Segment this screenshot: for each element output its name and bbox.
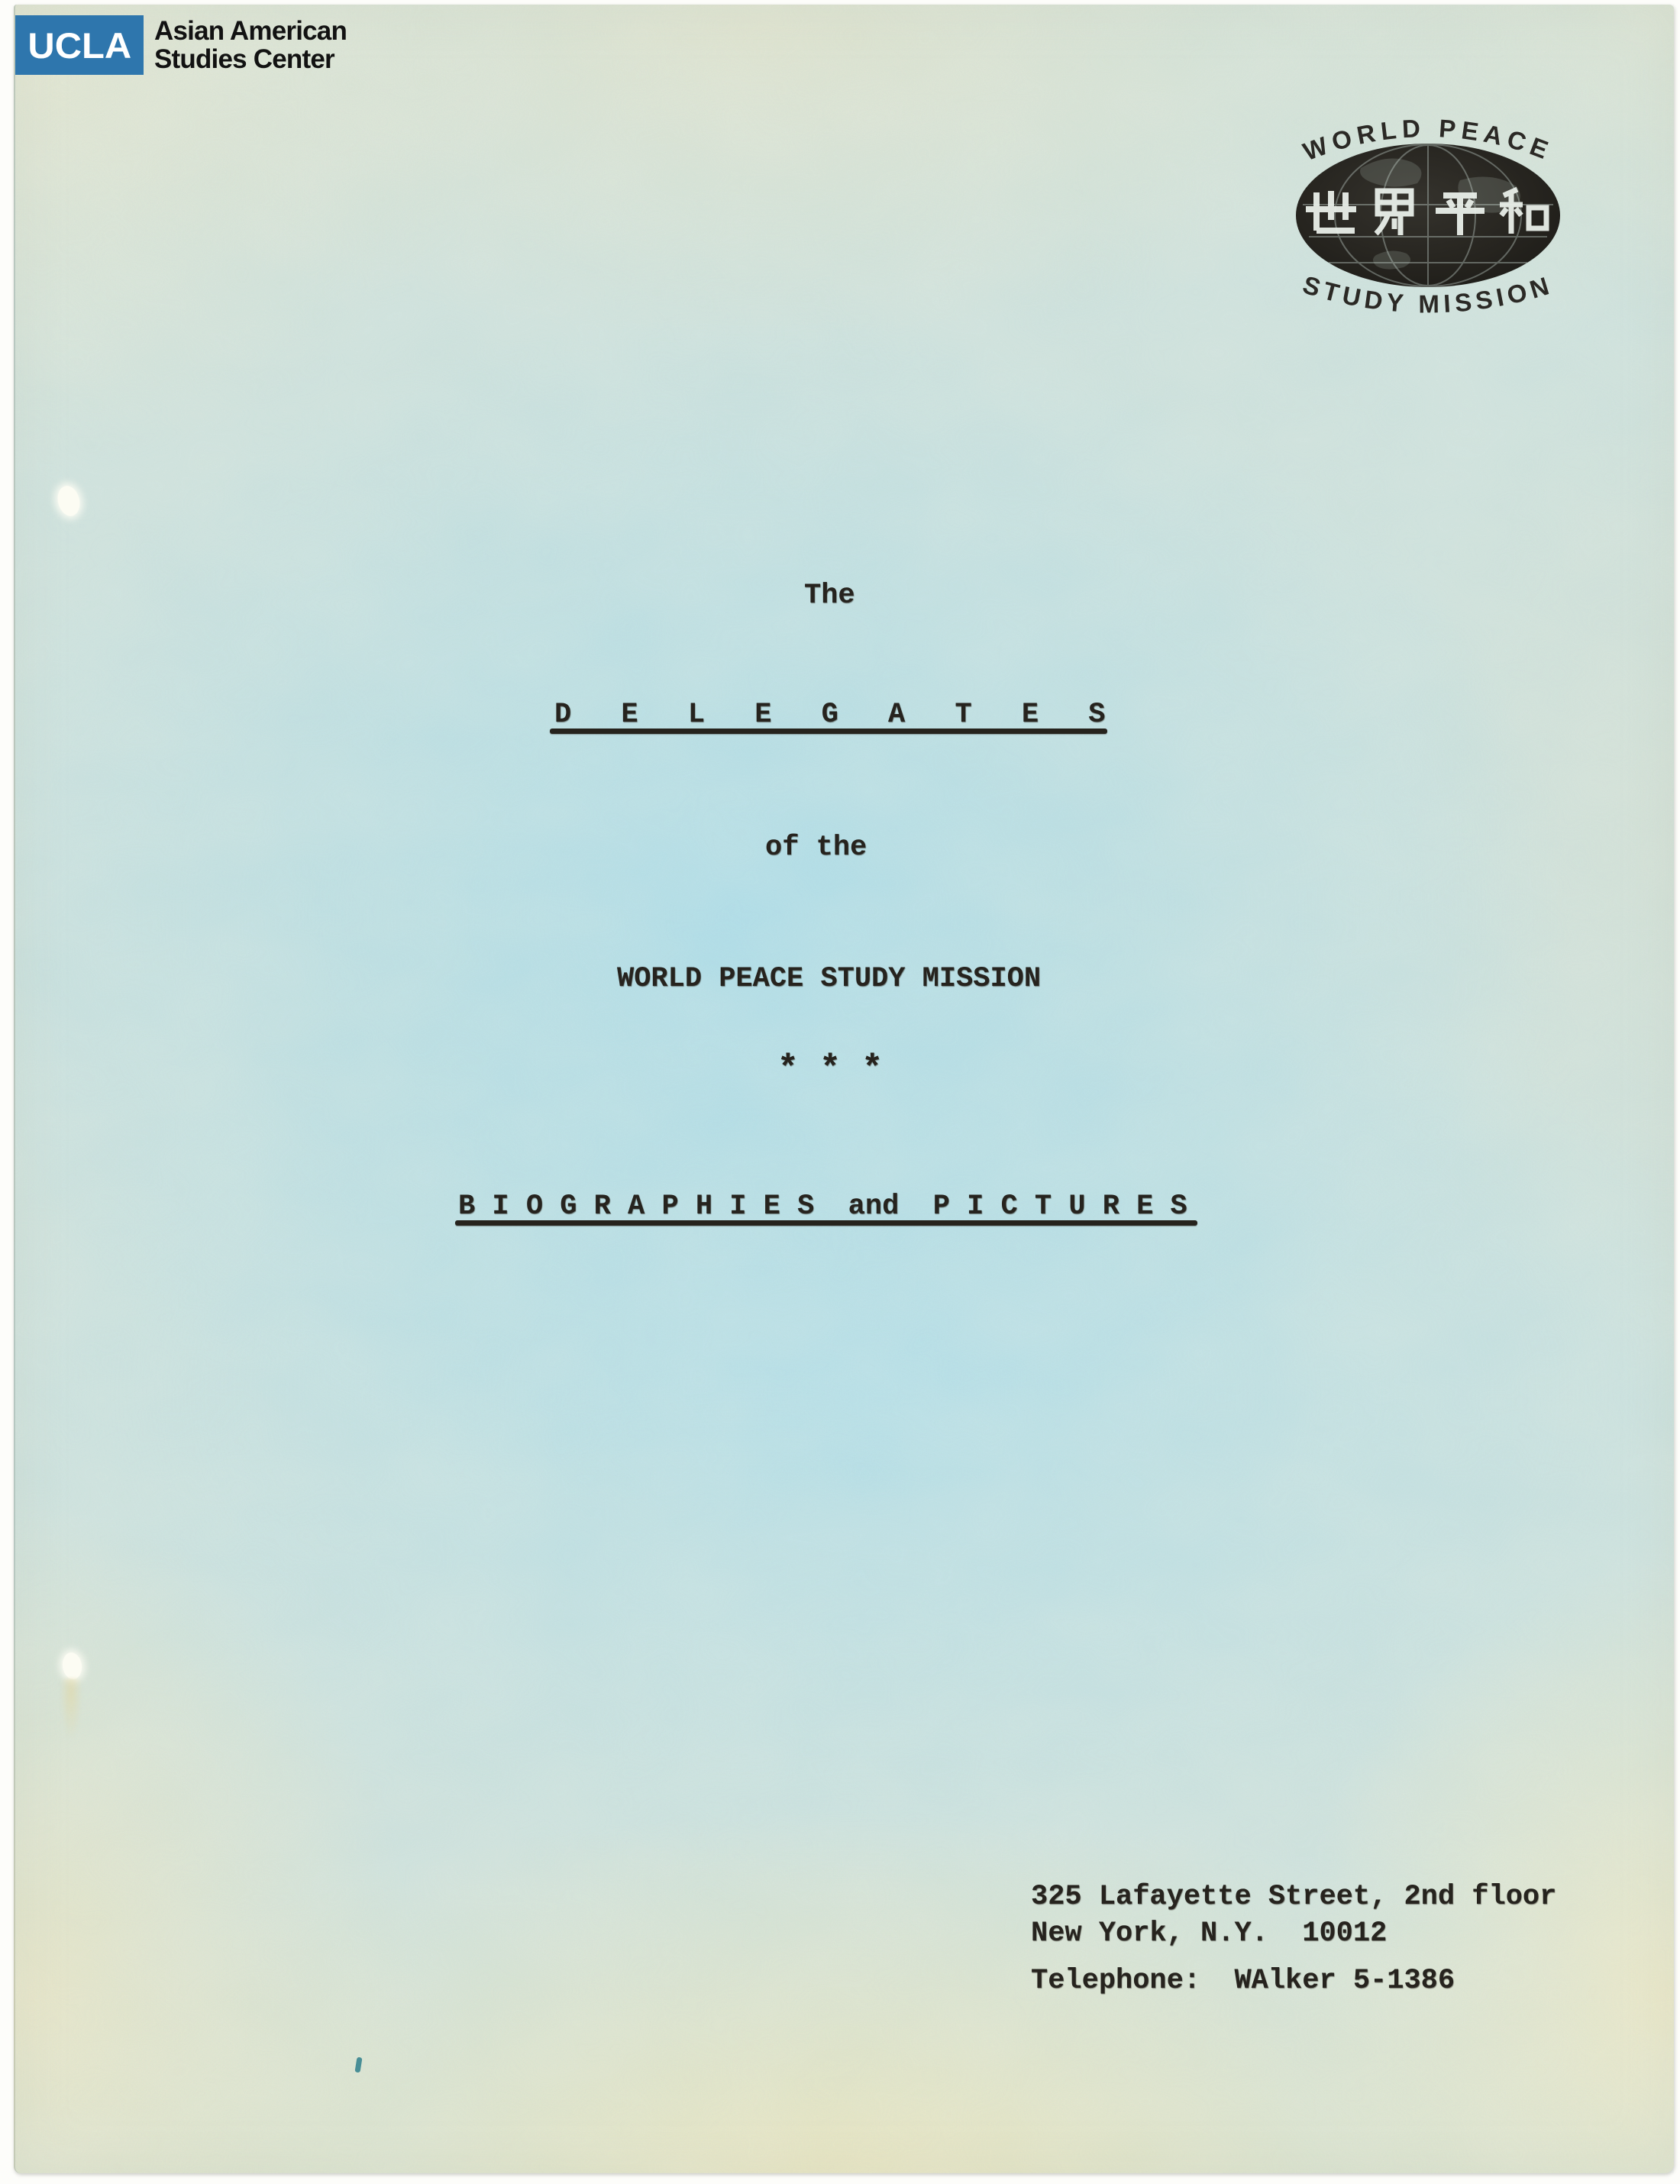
paper-fiber-texture: [15, 5, 1674, 2173]
title-biographies: B I O G R A P H I E S and P I C T U R E …: [458, 1190, 1187, 1223]
ucla-logo: UCLA: [15, 15, 144, 75]
address-line-2: New York, N.Y. 10012: [1031, 1917, 1387, 1950]
title-delegates: D E L E G A T E S: [554, 698, 1122, 732]
org-name-line1: Asian American: [154, 17, 347, 45]
ink-mark: [354, 2057, 362, 2073]
punch-hole-top: [55, 483, 83, 519]
punch-hole-smear: [60, 1678, 82, 1740]
punch-hole-bottom: [61, 1651, 84, 1680]
title-separator-stars: * * *: [777, 1052, 883, 1086]
ucla-logo-text: UCLA: [27, 24, 131, 66]
paper: UCLA Asian American Studies Center: [14, 5, 1674, 2173]
title-the: The: [804, 579, 855, 612]
fiber-layer: [15, 5, 1674, 2173]
biographies-underline: [455, 1220, 1197, 1226]
org-name-line2: Studies Center: [154, 45, 347, 73]
world-peace-stamp: WORLD PEACE STUDY MISSION: [1269, 90, 1590, 319]
mottle-layer: [15, 5, 1674, 2173]
scan-background: UCLA Asian American Studies Center: [0, 0, 1680, 2184]
address-line-1: 325 Lafayette Street, 2nd floor: [1031, 1880, 1556, 1914]
telephone-line: Telephone: WAlker 5-1386: [1031, 1964, 1455, 1998]
title-mission: WORLD PEACE STUDY MISSION: [617, 962, 1041, 996]
title-of-the: of the: [765, 831, 867, 864]
delegates-underline: [550, 729, 1107, 734]
org-name: Asian American Studies Center: [154, 17, 347, 73]
